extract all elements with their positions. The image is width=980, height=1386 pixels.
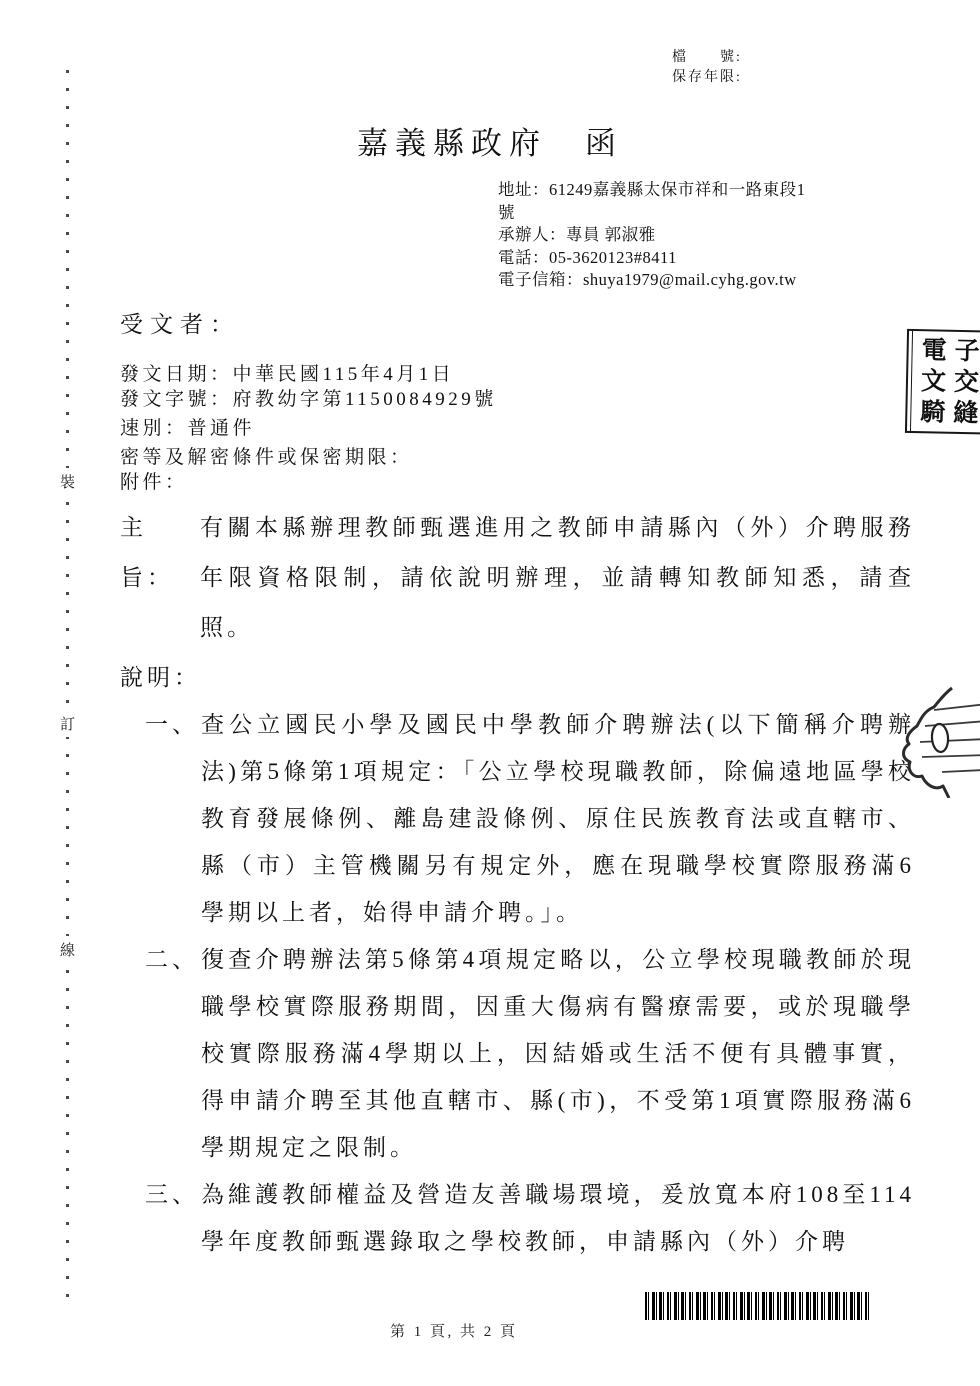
- partial-official-seal: [892, 686, 980, 798]
- explanation-label: 說明：: [120, 654, 915, 701]
- stamp-char: 縫: [953, 398, 980, 430]
- retention-period-label: 保存年限:: [672, 68, 742, 88]
- stamp-char: 電: [921, 335, 948, 367]
- speed-class: 速別：普通件: [120, 416, 497, 441]
- electronic-exchange-stamp: 電 子 文 交 騎 縫: [905, 329, 980, 435]
- stamp-char: 交: [954, 367, 980, 399]
- stamp-char: 子: [954, 336, 980, 368]
- address-line-wrap: 號: [498, 202, 918, 225]
- doc-number: 發文字號：府教幼字第1150084929號: [120, 387, 497, 412]
- issue-date: 發文日期：中華民國115年4月1日: [120, 362, 497, 387]
- file-header: 檔 號: 保存年限:: [672, 48, 742, 88]
- attachment-label: 附件：: [120, 470, 497, 495]
- email: 電子信箱：shuya1979@mail.cyhg.gov.tw: [498, 269, 918, 292]
- binding-char-xian: 線: [59, 936, 76, 963]
- stamp-char: 文: [921, 366, 948, 398]
- explanation-item-3: 三、 為維護教師權益及營造友善職場環境，爰放寬本府108至114學年度教師甄選錄…: [145, 1171, 915, 1265]
- binding-char-zhuang: 裝: [59, 468, 76, 495]
- stamp-character-grid: 電 子 文 交 騎 縫: [907, 331, 980, 430]
- contact-person: 承辦人：專員 郭淑雅: [498, 224, 918, 247]
- binding-char-ding: 訂: [59, 710, 76, 737]
- page-number: 第 1 頁, 共 2 頁: [390, 1320, 518, 1341]
- letter-body: 主旨： 有關本縣辦理教師甄選進用之教師申請縣內（外）介聘服務年限資格限制，請依說…: [120, 503, 915, 1265]
- subject-section: 主旨： 有關本縣辦理教師甄選進用之教師申請縣內（外）介聘服務年限資格限制，請依說…: [120, 503, 915, 653]
- item-text: 為維護教師權益及營造友善職場環境，爰放寬本府108至114學年度教師甄選錄取之學…: [201, 1171, 915, 1265]
- security-class: 密等及解密條件或保密期限：: [120, 445, 497, 470]
- item-text: 復查介聘辦法第5條第4項規定略以，公立學校現職教師於現職學校實際服務期間，因重大…: [201, 936, 915, 1171]
- official-letter-page: 檔 號: 保存年限: 嘉義縣政府 函 地址：61249嘉義縣太保市祥和一路東段1…: [0, 0, 980, 1386]
- phone: 電話：05-3620123#8411: [498, 247, 918, 270]
- agency-contact-block: 地址：61249嘉義縣太保市祥和一路東段1 號 承辦人：專員 郭淑雅 電話：05…: [498, 179, 918, 292]
- item-number: 三、: [145, 1171, 201, 1265]
- item-text: 查公立國民小學及國民中學教師介聘辦法(以下簡稱介聘辦法)第5條第1項規定：「公立…: [201, 701, 915, 936]
- document-title: 嘉義縣政府 函: [0, 118, 980, 163]
- explanation-item-1: 一、 查公立國民小學及國民中學教師介聘辦法(以下簡稱介聘辦法)第5條第1項規定：…: [145, 701, 915, 936]
- subject-label: 主旨：: [120, 503, 200, 653]
- file-number-label: 檔 號:: [672, 48, 742, 68]
- document-barcode: [645, 1292, 871, 1320]
- binding-dotted-line: [66, 70, 69, 1312]
- explanation-item-2: 二、 復查介聘辦法第5條第4項規定略以，公立學校現職教師於現職學校實際服務期間，…: [145, 936, 915, 1171]
- document-meta-block: 發文日期：中華民國115年4月1日 發文字號：府教幼字第1150084929號 …: [120, 362, 497, 495]
- address-line: 地址：61249嘉義縣太保市祥和一路東段1: [498, 179, 918, 202]
- stamp-char: 騎: [920, 397, 947, 429]
- recipient-label: 受文者：: [120, 306, 240, 339]
- item-number: 二、: [145, 936, 201, 1171]
- item-number: 一、: [145, 701, 201, 936]
- subject-text: 有關本縣辦理教師甄選進用之教師申請縣內（外）介聘服務年限資格限制，請依說明辦理，…: [200, 503, 915, 653]
